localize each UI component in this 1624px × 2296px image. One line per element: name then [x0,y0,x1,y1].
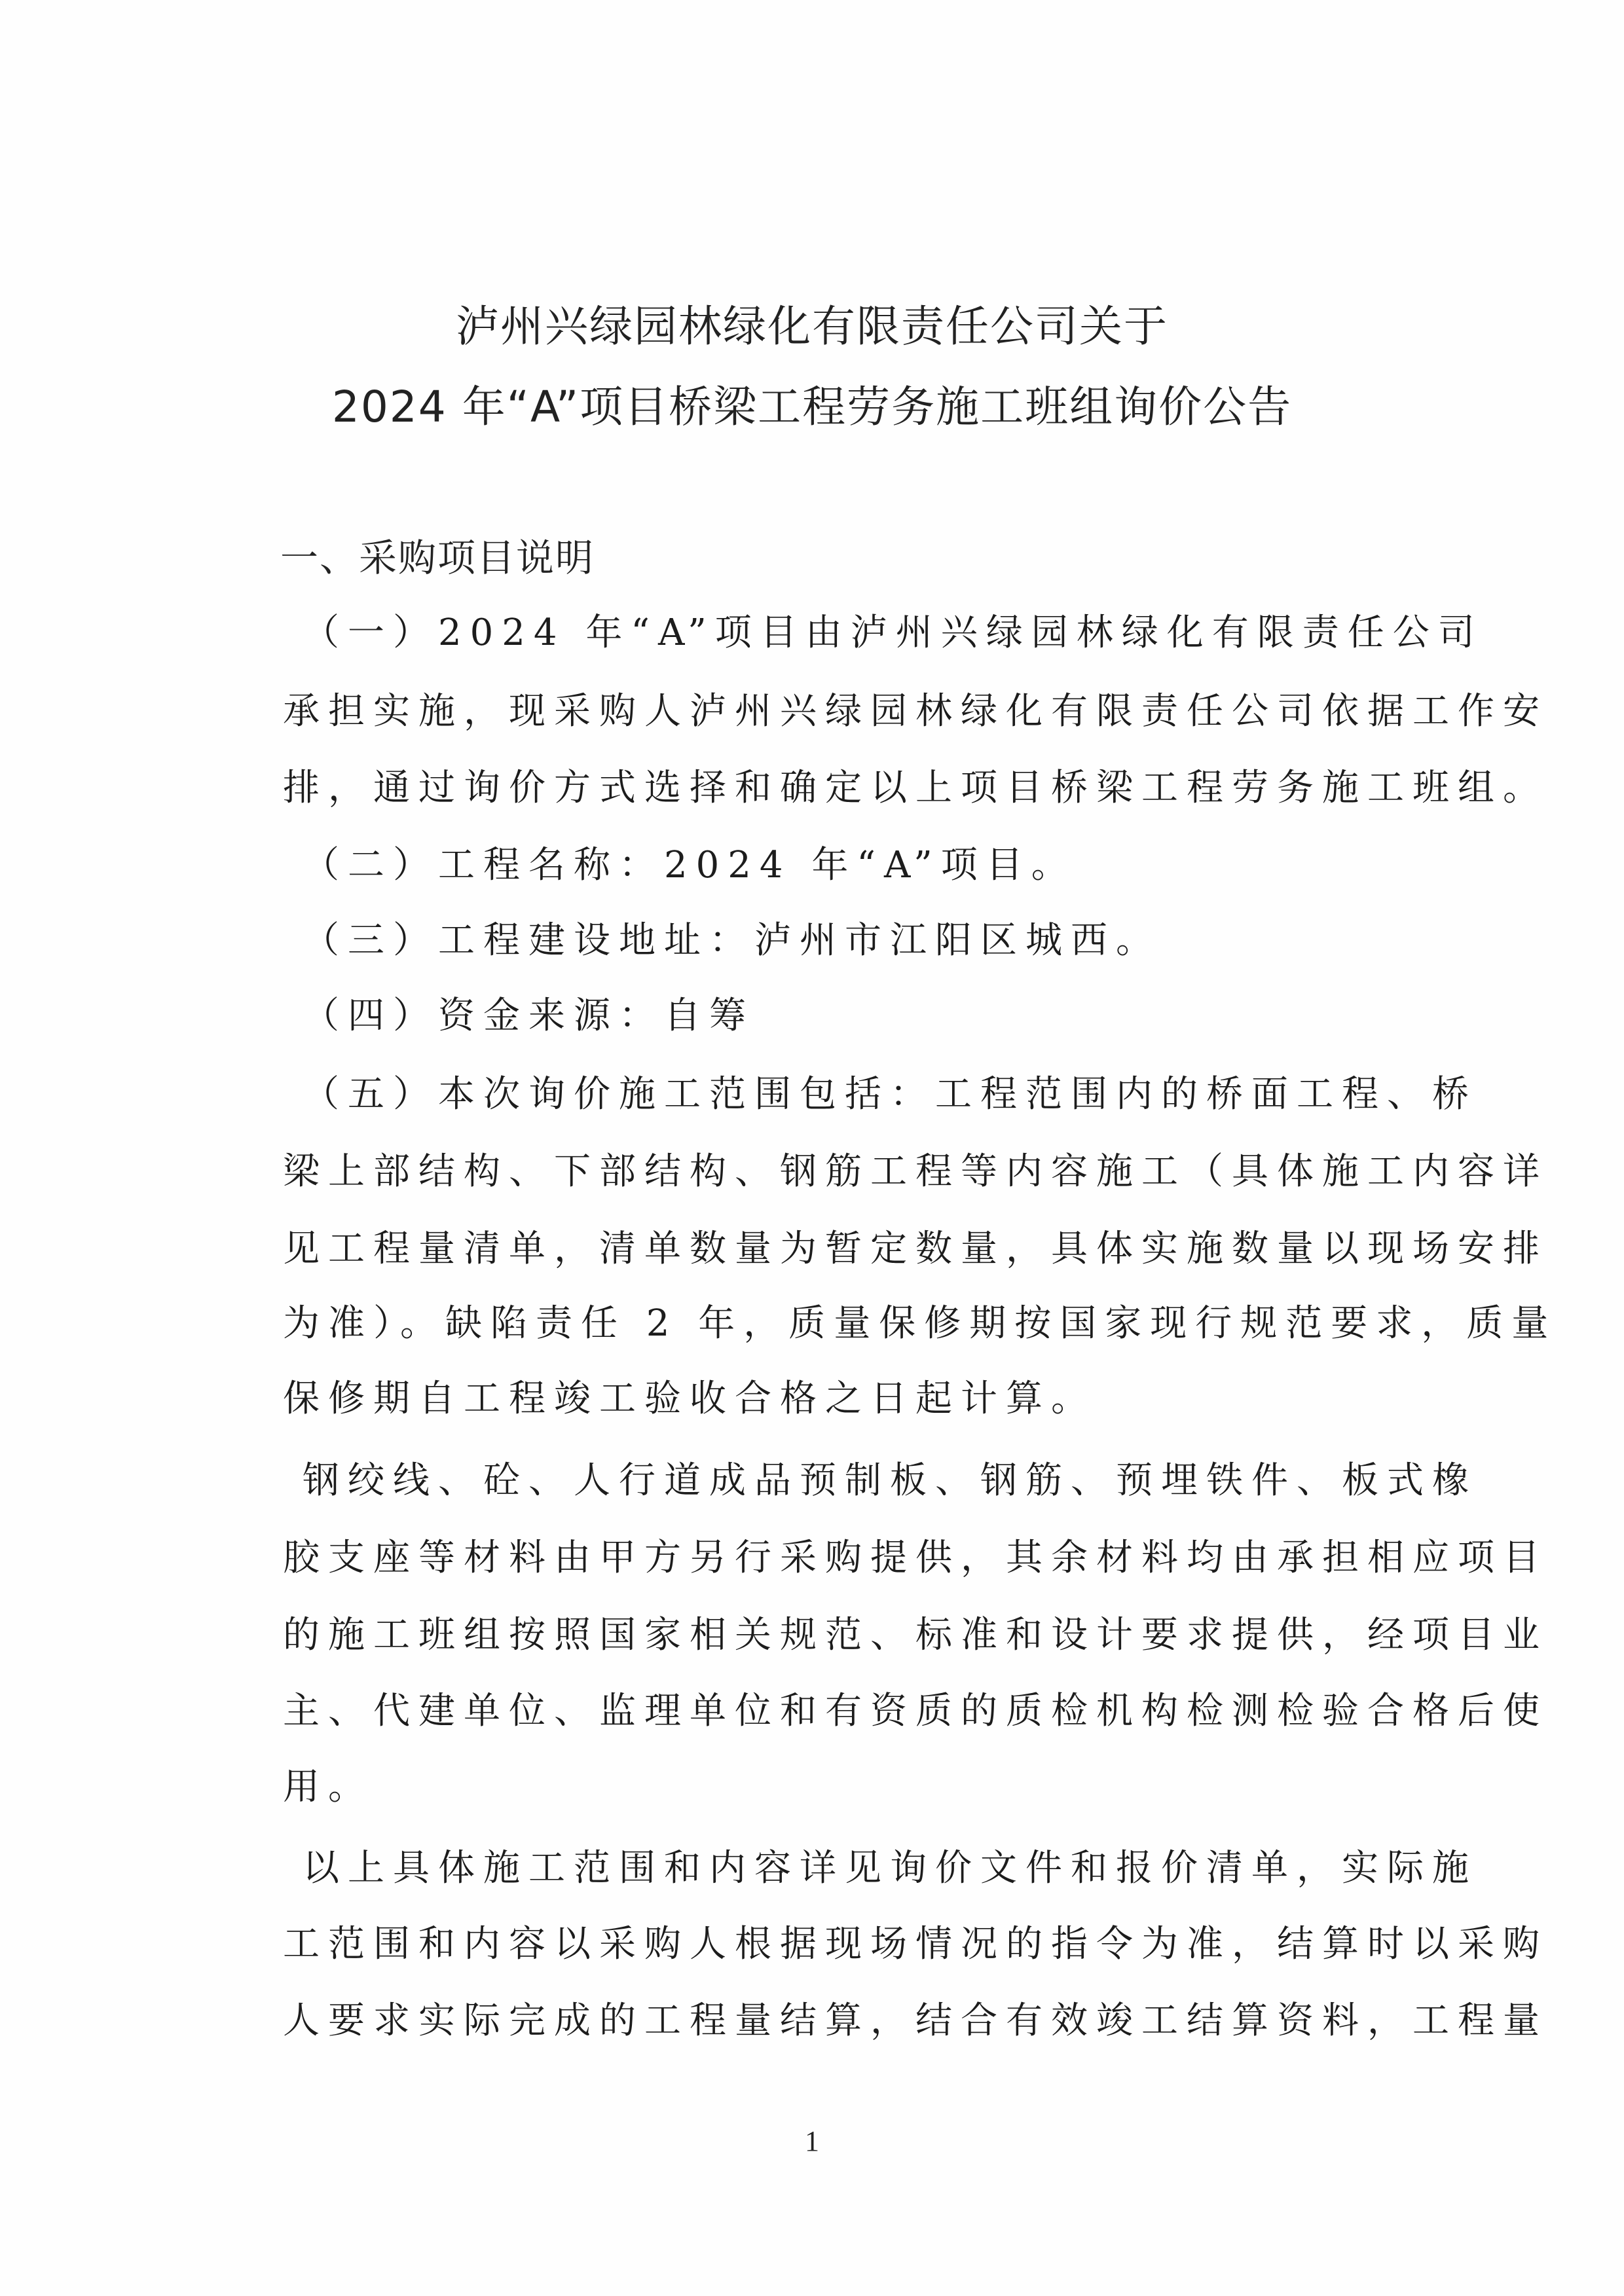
body-line: 主、代建单位、监理单位和有资质的质检机构检测检验合格后使 [283,1690,1422,1732]
body-line: 承担实施，现采购人泸州兴绿园林绿化有限责任公司依据工作安 [283,691,1422,733]
body-line: 胶支座等材料由甲方另行采购提供，其余材料均由承担相应项目 [283,1537,1422,1579]
body-line: 以上具体施工范围和内容详见询价文件和报价清单，实际施 [303,1848,1442,1889]
body-line: 梁上部结构、下部结构、钢筋工程等内容施工（具体施工内容详 [283,1151,1422,1193]
body-line: （一）2024 年“A”项目由泸州兴绿园林绿化有限责任公司 [303,612,1442,654]
body-line: 用。 [283,1766,1422,1808]
body-line: 排，通过询价方式选择和确定以上项目桥梁工程劳务施工班组。 [283,767,1422,809]
document-page: 泸州兴绿园林绿化有限责任公司关于 2024 年“A”项目桥梁工程劳务施工班组询价… [0,0,1624,2296]
body-line: （三）工程建设地址：泸州市江阳区城西。 [303,920,1442,962]
body-line: 工范围和内容以采购人根据现场情况的指令为准，结算时以采购 [283,1923,1422,1965]
document-title-line-2: 2024 年“A”项目桥梁工程劳务施工班组询价公告 [0,372,1624,434]
section-heading: 一、采购项目说明 [280,527,595,582]
body-line: 的施工班组按照国家相关规范、标准和设计要求提供，经项目业 [283,1614,1422,1656]
body-line: （四）资金来源：自筹 [303,995,1442,1037]
body-line: 钢绞线、砼、人行道成品预制板、钢筋、预埋铁件、板式橡 [303,1460,1442,1502]
document-title-line-1: 泸州兴绿园林绿化有限责任公司关于 [0,291,1624,354]
body-line: 保修期自工程竣工验收合格之日起计算。 [283,1378,1422,1420]
body-line: （五）本次询价施工范围包括：工程范围内的桥面工程、桥 [303,1074,1442,1116]
body-line: 为准）。缺陷责任 2 年，质量保修期按国家现行规范要求，质量 [283,1303,1422,1345]
body-line: （二）工程名称：2024 年“A”项目。 [303,845,1442,886]
page-number: 1 [0,2124,1624,2158]
body-line: 人要求实际完成的工程量结算，结合有效竣工结算资料，工程量 [283,2000,1422,2042]
body-line: 见工程量清单，清单数量为暂定数量，具体实施数量以现场安排 [283,1228,1422,1270]
